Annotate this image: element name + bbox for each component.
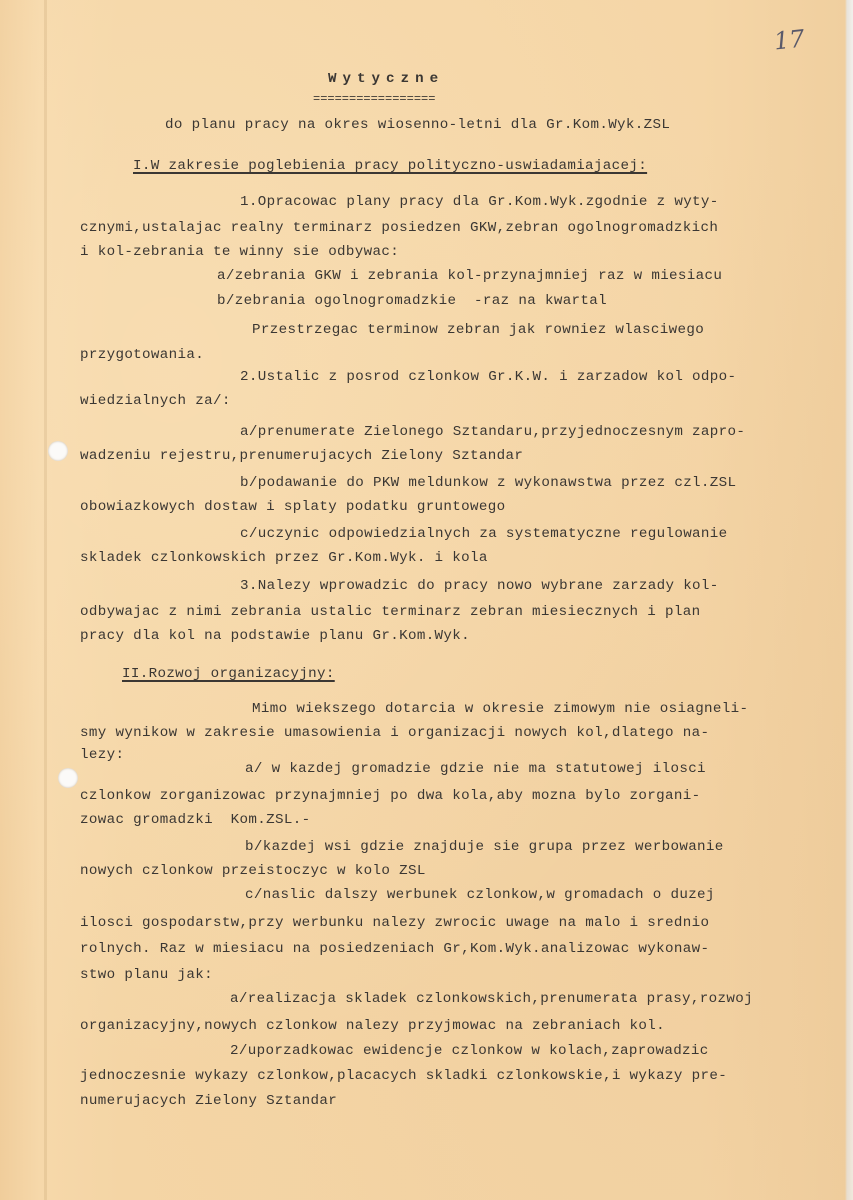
text-line: skladek czlonkowskich przez Gr.Kom.Wyk. … [80,549,488,567]
text-line: numerujacych Zielony Sztandar [80,1092,337,1110]
text-line: i kol-zebrania te winny sie odbywac: [80,243,399,261]
text-line: a/prenumerate Zielonego Sztandaru,przyje… [240,423,745,441]
text-line: wiedzialnych za/: [80,392,231,410]
section-heading-2: II.Rozwoj organizacyjny: [122,665,335,683]
text-line: obowiazkowych dostaw i splaty podatku gr… [80,498,505,516]
text-line: Przestrzegac terminow zebran jak rowniez… [252,321,704,339]
text-line: odbywajac z nimi zebrania ustalic termin… [80,603,700,621]
text-line: 2/uporzadkowac ewidencje czlonkow w kola… [230,1042,709,1060]
text-line: wadzeniu rejestru,prenumerujacych Zielon… [80,447,523,465]
document-subtitle: do planu pracy na okres wiosenno-letni d… [165,116,670,134]
text-line: Mimo wiekszego dotarcia w okresie zimowy… [252,700,748,718]
text-line: a/ w kazdej gromadzie gdzie nie ma statu… [245,760,706,778]
text-line: smy wynikow w zakresie umasowienia i org… [80,724,709,742]
text-line: nowych czlonkow przeistoczyc w kolo ZSL [80,862,426,880]
punch-hole [48,441,68,461]
text-line: przygotowania. [80,346,204,364]
text-line: c/naslic dalszy werbunek czlonkow,w grom… [245,886,715,904]
title-rule: ================= [313,90,435,108]
text-line: stwo planu jak: [80,966,213,984]
text-line: b/kazdej wsi gdzie znajduje sie grupa pr… [245,838,724,856]
text-line: zowac gromadzki Kom.ZSL.- [80,811,310,829]
document-title: Wytyczne [328,70,444,88]
paper-fold [44,0,47,1200]
text-line: 2.Ustalic z posrod czlonkow Gr.K.W. i za… [240,368,736,386]
document-page: 17 Wytyczne ================= do planu p… [0,0,853,1200]
handwritten-page-number: 17 [773,24,806,55]
text-line: organizacyjny,nowych czlonkow nalezy prz… [80,1017,665,1035]
text-line: 1.Opracowac plany pracy dla Gr.Kom.Wyk.z… [240,193,719,211]
text-line: a/zebrania GKW i zebrania kol-przynajmni… [217,267,722,285]
text-line: b/podawanie do PKW meldunkow z wykonawst… [240,474,736,492]
text-line: rolnych. Raz w miesiacu na posiedzeniach… [80,940,709,958]
section-heading-1: I.W zakresie poglebienia pracy polityczn… [133,157,647,175]
text-line: a/realizacja skladek czlonkowskich,prenu… [230,990,753,1008]
text-line: c/uczynic odpowiedzialnych za systematyc… [240,525,728,543]
text-line: b/zebrania ogolnogromadzkie -raz na kwar… [217,292,607,310]
text-line: cznymi,ustalajac realny terminarz posied… [80,219,718,237]
punch-hole [58,768,78,788]
text-line: jednoczesnie wykazy czlonkow,placacych s… [80,1067,727,1085]
text-line: pracy dla kol na podstawie planu Gr.Kom.… [80,627,470,645]
text-line: lezy: [80,746,124,764]
text-line: ilosci gospodarstw,przy werbunku nalezy … [80,914,709,932]
text-line: czlonkow zorganizowac przynajmniej po dw… [80,787,700,805]
text-line: 3.Nalezy wprowadzic do pracy nowo wybran… [240,577,719,595]
